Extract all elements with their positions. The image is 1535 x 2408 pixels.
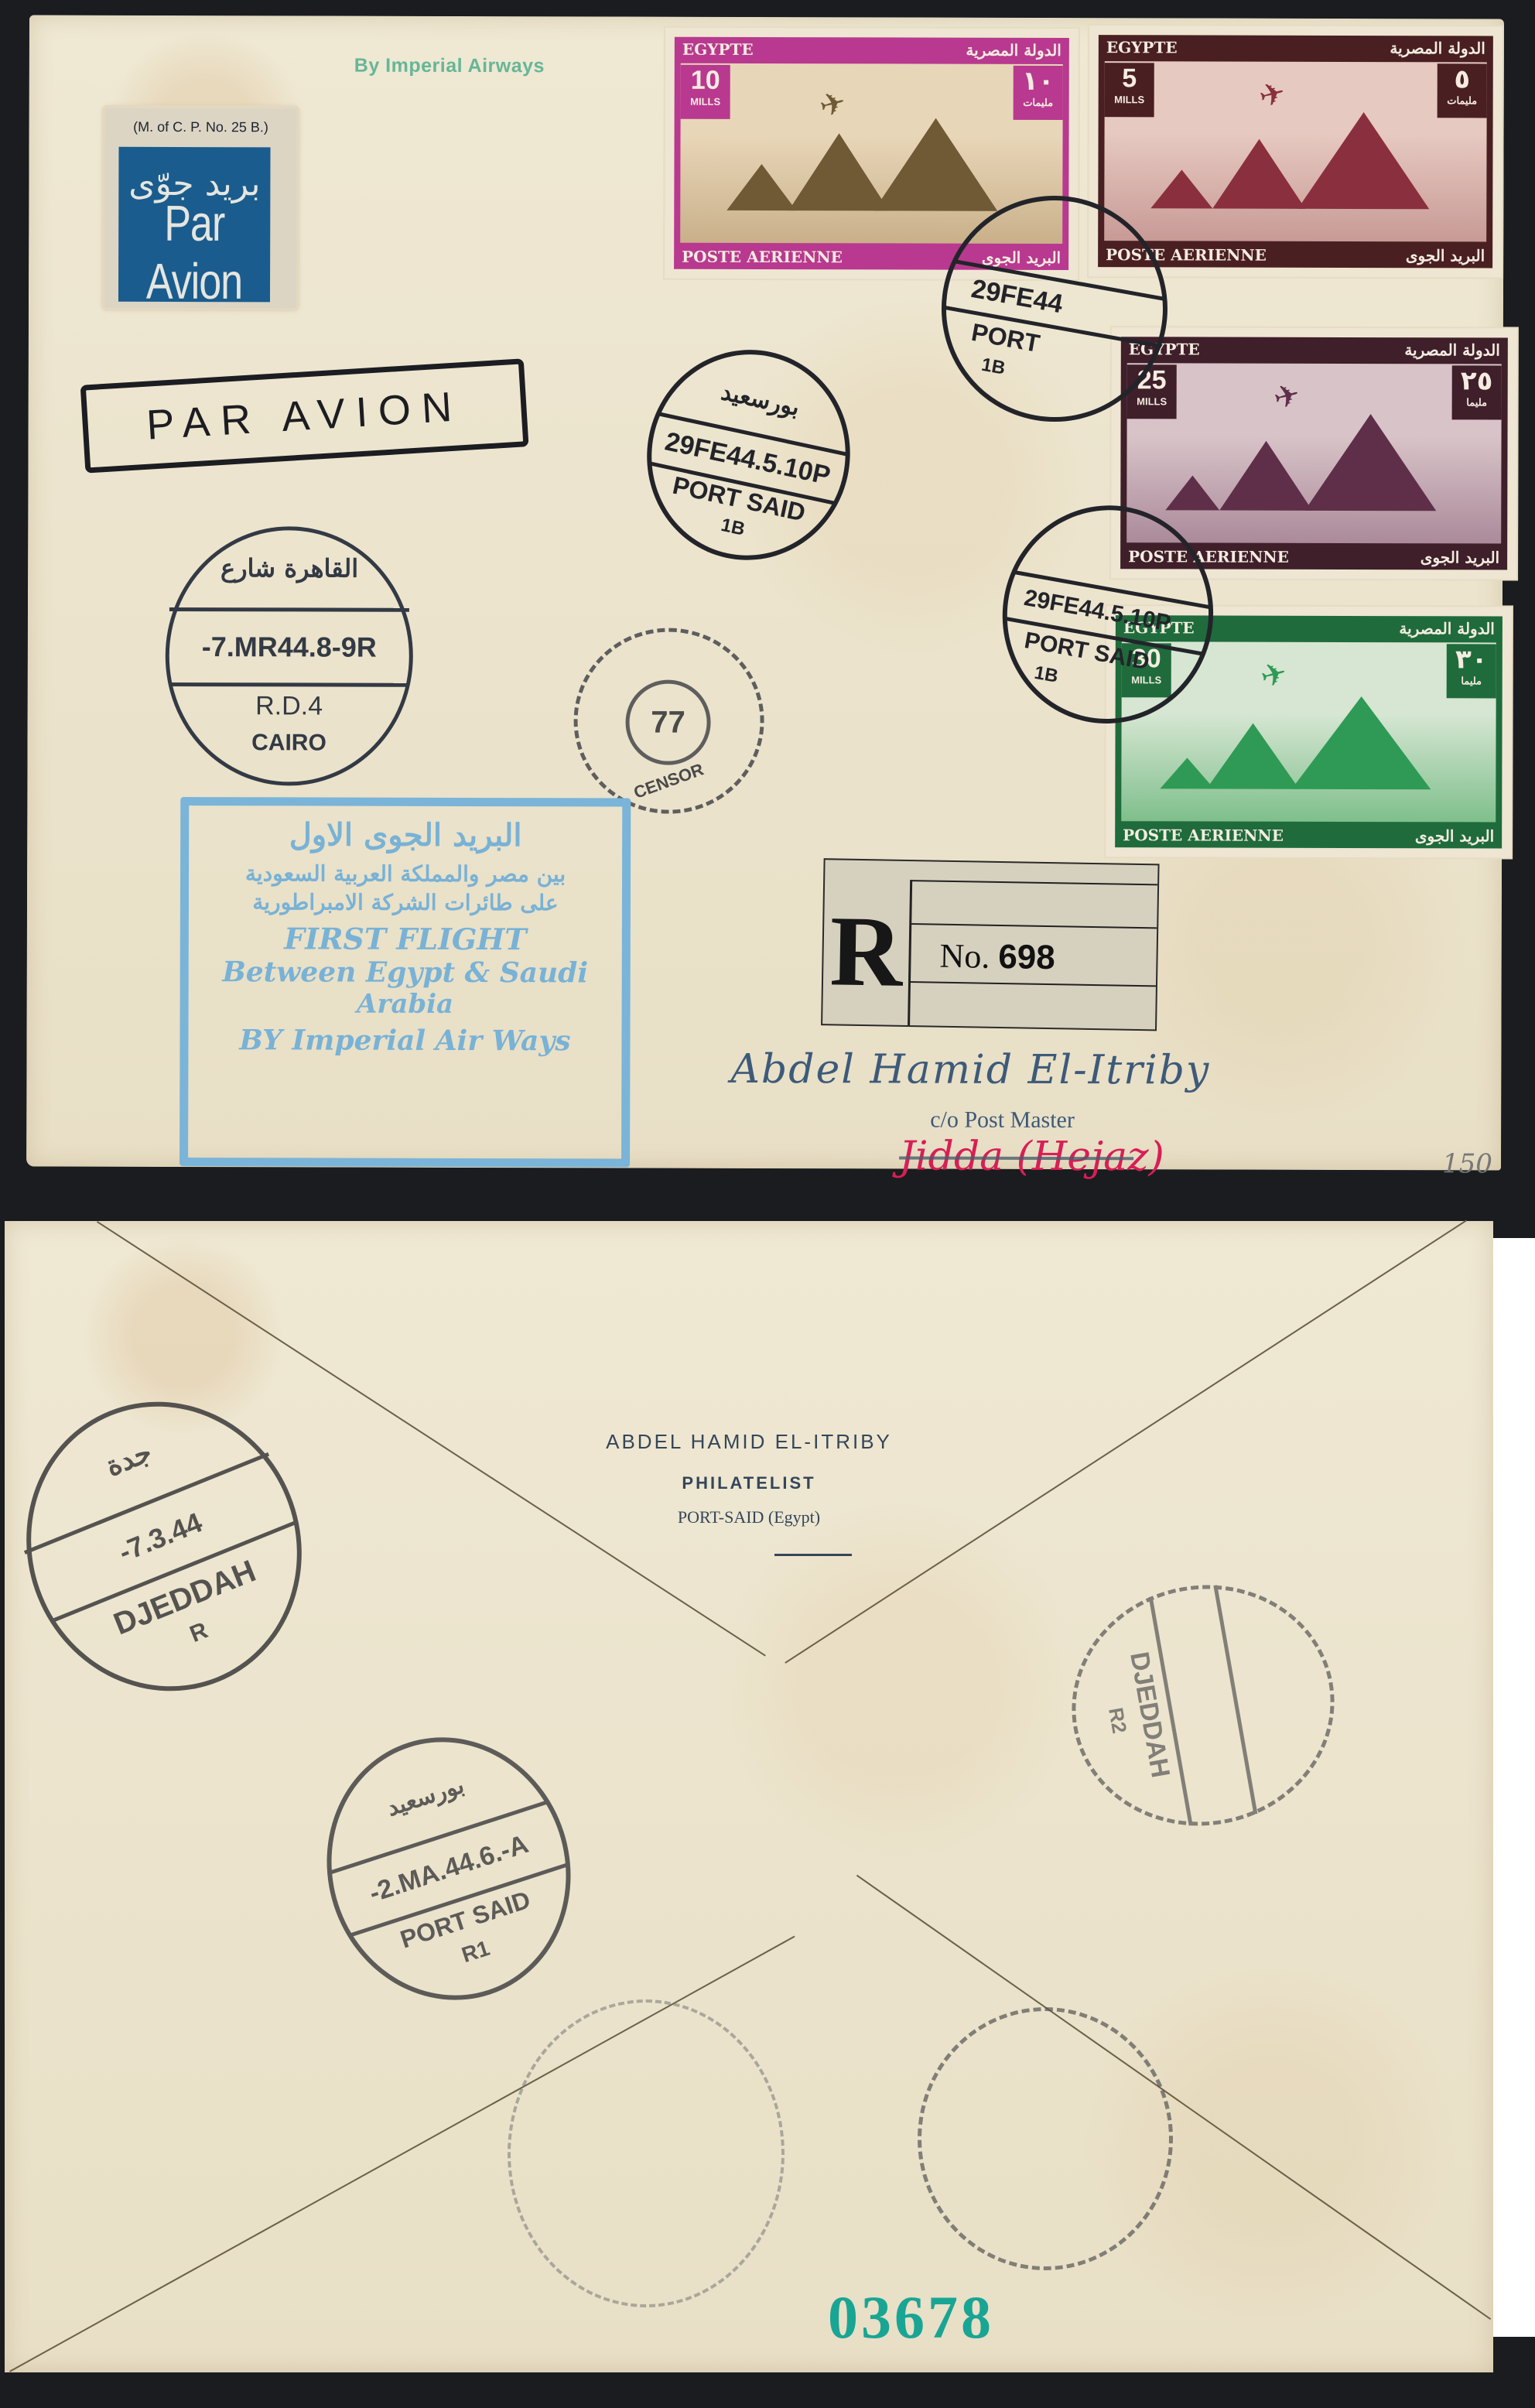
airplane-icon: ✈ [1270, 376, 1304, 417]
postmark-djeddah-2: DJEDDAH R2 [1053, 1565, 1354, 1846]
cachet-arabic-line: بين مصر والمملكة العربية السعودية [189, 860, 622, 887]
stamp-country: EGYPTE [682, 40, 754, 59]
stamp-country: EGYPTE [1106, 38, 1178, 56]
stamp-country-ar: الدولة المصرية [1404, 340, 1500, 359]
airmail-label: (M. of C. P. No. 25 B.) بريد جوّى Par Av… [104, 108, 297, 309]
stamp-caption: POSTE AERIENNE [1123, 826, 1284, 845]
registration-label: R No. 698 [821, 858, 1160, 1031]
pyramid-icon [1219, 441, 1312, 511]
postmark-port-said-1: بورسعيد 29FE44.5.10P PORT SAID 1B [627, 330, 870, 579]
pyramid-icon [1297, 112, 1429, 209]
pyramid-icon [1165, 476, 1219, 511]
stamp-vignette: ✈ [1126, 363, 1502, 543]
label-reference: (M. of C. P. No. 25 B.) [105, 119, 297, 136]
airplane-icon: ✈ [1256, 655, 1291, 696]
pyramid-icon [1304, 414, 1436, 511]
postmark-djeddah-1: جدة -7.3.44 DJEDDAH R [0, 1360, 345, 1732]
pyramid-icon [1150, 170, 1212, 209]
airplane-icon: ✈ [1255, 74, 1289, 115]
stamp-value-ar: ٥مليمات [1438, 63, 1487, 118]
stamp-country-ar: الدولة المصرية [1399, 619, 1495, 638]
pyramid-icon [726, 164, 796, 210]
pencil-price-note: 150 [1442, 1148, 1492, 1179]
censor-mark: 77 CENSOR [573, 628, 764, 814]
postmark-cairo: القاهرة شارع -7.MR44.8-9R R.D.4 CAIRO [165, 526, 413, 786]
stamp-caption-ar: البريد الجوى [1406, 246, 1485, 265]
par-avion-handstamp: PAR AVION [80, 358, 529, 473]
cachet-english-line: BY Imperial Air Ways [188, 1024, 621, 1057]
stamp-value: 10MILLS [681, 65, 730, 119]
cachet-english-line: Between Egypt & Saudi [189, 956, 622, 989]
recipient-city: Jidda (Hejaz) [899, 1133, 1164, 1180]
sender-underline [774, 1554, 852, 1556]
label-latin: Par Avion [118, 195, 270, 312]
pyramid-icon [1291, 696, 1431, 789]
first-flight-cachet: البريد الجوى الاول بين مصر والمملكة العر… [179, 797, 631, 1168]
recipient-care-of: c/o Post Master [930, 1107, 1075, 1134]
stamp-caption: POSTE AERIENNE [682, 248, 843, 267]
stamp-value-ar: ١٠مليمات [1014, 66, 1063, 120]
cachet-english-line: FIRST FLIGHT [189, 921, 622, 956]
stamp-country-ar: الدولة المصرية [1390, 39, 1485, 57]
stamp-value: 5MILLS [1105, 63, 1154, 117]
postmark-faint-arabic [508, 1999, 785, 2307]
stamp-caption-ar: البريد الجوى [1415, 826, 1494, 845]
airmail-label-panel: بريد جوّى Par Avion [118, 147, 271, 303]
route-handstamp: By Imperial Airways [354, 55, 545, 78]
stamp-vignette: ✈ [1104, 61, 1487, 241]
cachet-english-line: Arabia [189, 988, 622, 1020]
serial-number: 03678 [828, 2283, 994, 2352]
scan-margin [1493, 1238, 1535, 2337]
cachet-arabic-line: على طائرات الشركة الامبراطورية [189, 889, 622, 915]
airplane-icon: ✈ [815, 84, 850, 125]
pyramid-icon [1212, 139, 1305, 209]
postmark-port-said-back: بورسعيد -2.MA.44.6.-A PORT SAID R1 [293, 1705, 604, 2032]
stamp-country-ar: الدولة المصرية [966, 41, 1062, 60]
pyramid-icon [873, 118, 997, 211]
stamp-caption-ar: البريد الجوى [1420, 548, 1499, 566]
stamp-value-ar: ٣٠مليما [1447, 644, 1496, 698]
registration-letter: R [829, 893, 903, 1011]
stamp-5-mills: EGYPTEالدولة المصرية ✈ 5MILLS ٥مليمات PO… [1089, 26, 1503, 277]
cachet-arabic-line: البريد الجوى الاول [189, 816, 622, 853]
envelope-front: By Imperial Airways (M. of C. P. No. 25 … [26, 15, 1504, 1171]
registration-number: No. 698 [939, 936, 1055, 977]
stamp-value-ar: ٢٥مليما [1452, 365, 1502, 419]
recipient-name: Abdel Hamid El-Itriby [730, 1046, 1210, 1094]
postmark-faint-arabic-2 [918, 2007, 1173, 2270]
envelope-back: ABDEL HAMID EL-ITRIBY PHILATELIST PORT-S… [5, 1221, 1493, 2372]
pyramid-icon [1206, 723, 1299, 789]
